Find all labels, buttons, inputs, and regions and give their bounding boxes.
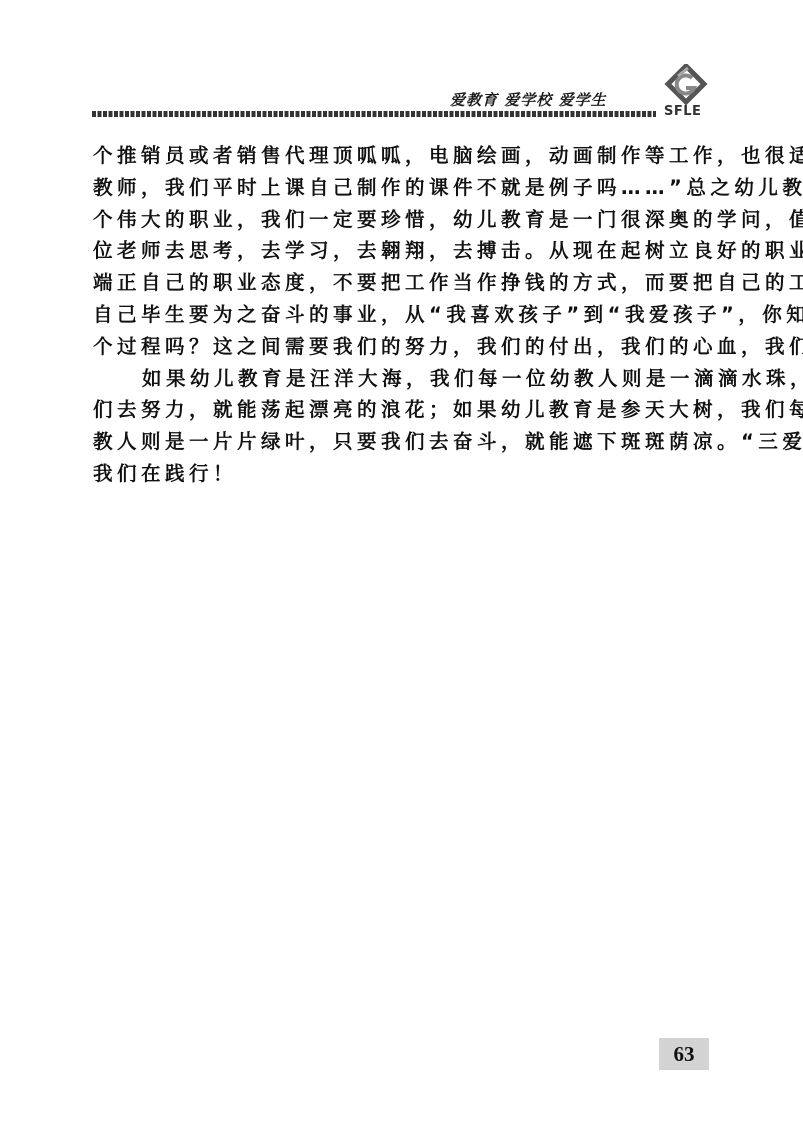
text-line: 自己毕生要为之奋斗的事业，从“我喜欢孩子”到“我爱孩子”，你知道这 [93, 299, 713, 331]
text-line: 教师，我们平时上课自己制作的课件不就是例子吗……”总之幼儿教师是一 [93, 172, 713, 204]
logo-text: SFLE [664, 104, 701, 119]
header-dashed-rule [92, 111, 656, 117]
paragraph-2: 如果幼儿教育是汪洋大海，我们每一位幼教人则是一滴滴水珠，只要我 们去努力，就能荡… [93, 363, 713, 490]
paragraph-1: 个推销员或者销售代理顶呱呱，电脑绘画，动画制作等工作，也很适合幼儿 教师，我们平… [93, 140, 713, 363]
text-line: 个推销员或者销售代理顶呱呱，电脑绘画，动画制作等工作，也很适合幼儿 [93, 140, 713, 172]
body-text: 个推销员或者销售代理顶呱呱，电脑绘画，动画制作等工作，也很适合幼儿 教师，我们平… [93, 140, 713, 490]
text-line: 个伟大的职业，我们一定要珍惜，幼儿教育是一门很深奥的学问，值得每一 [93, 204, 713, 236]
text-line: 端正自己的职业态度，不要把工作当作挣钱的方式，而要把自己的工作当成 [93, 267, 713, 299]
text-line: 如果幼儿教育是汪洋大海，我们每一位幼教人则是一滴滴水珠，只要我 [93, 363, 713, 395]
text-line: 教人则是一片片绿叶，只要我们去奋斗，就能遮下斑斑荫凉。“三爱”—— [93, 426, 713, 458]
page-number: 63 [659, 1038, 709, 1070]
header-slogan: 爱教育 爱学校 爱学生 [450, 89, 606, 110]
text-line: 个过程吗？这之间需要我们的努力，我们的付出，我们的心血，我们的真心。 [93, 331, 713, 363]
text-line: 们去努力，就能荡起漂亮的浪花；如果幼儿教育是参天大树，我们每一位幼 [93, 394, 713, 426]
text-line: 位老师去思考，去学习，去翱翔，去搏击。从现在起树立良好的职业情感， [93, 235, 713, 267]
text-line: 我们在践行！ [93, 458, 713, 490]
